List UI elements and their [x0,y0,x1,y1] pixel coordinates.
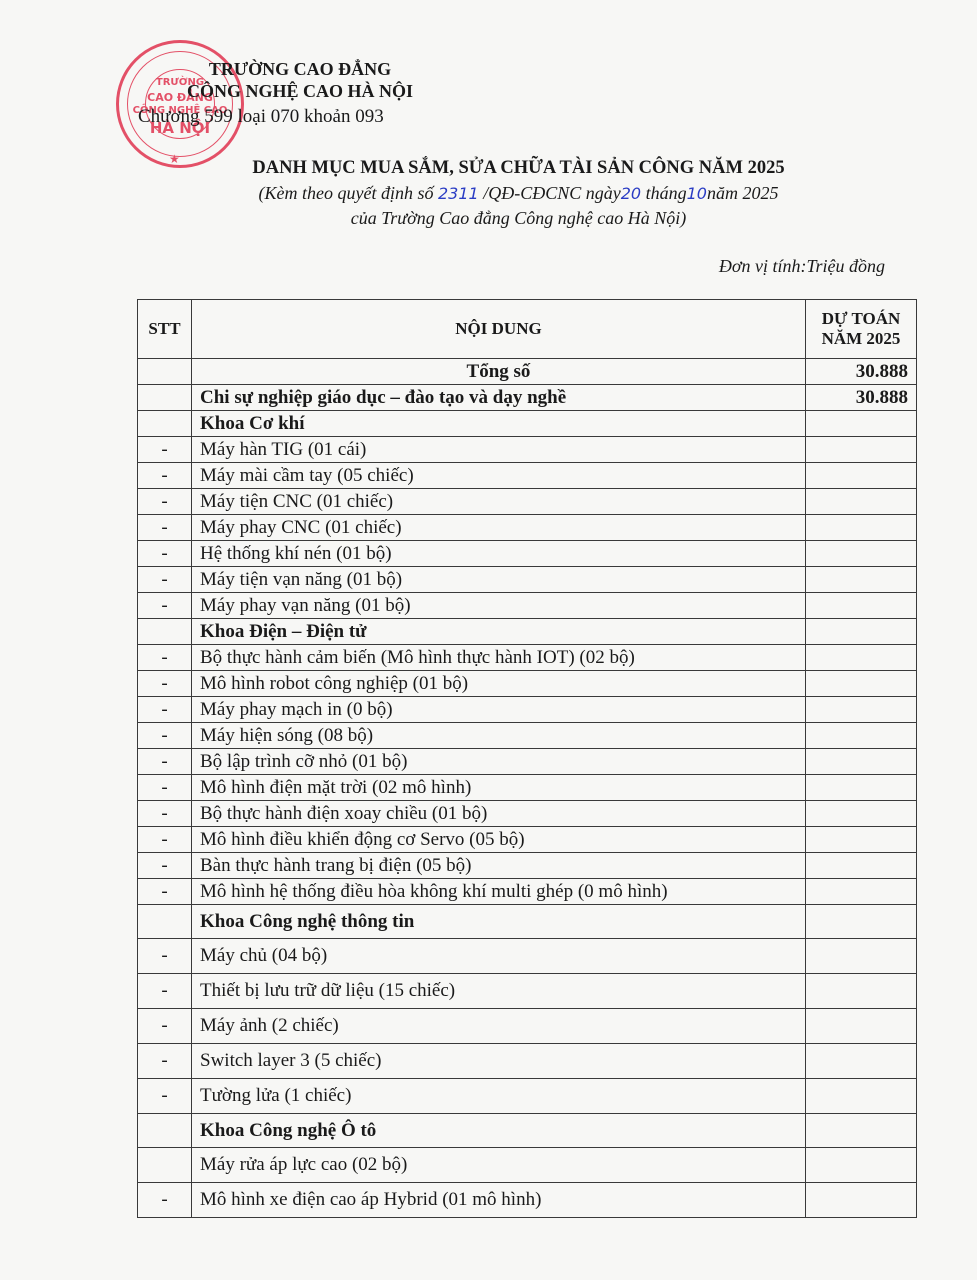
table-row: -Bàn thực hành trang bị điện (05 bộ) [138,853,917,879]
day-handwritten: 20 [621,184,641,203]
stt-cell [138,619,192,645]
section-row: Khoa Công nghệ Ô tô [138,1114,917,1148]
amount-cell [806,697,917,723]
subtitle-mid-1: /QĐ-CĐCNC ngày [479,183,621,203]
subtitle-line-2: của Trường Cao đẳng Công nghệ cao Hà Nội… [190,206,847,230]
stt-cell: - [138,645,192,671]
amount-cell [806,411,917,437]
amount-cell [806,905,917,939]
content-cell: Hệ thống khí nén (01 bộ) [192,541,806,567]
table-row: -Máy ảnh (2 chiếc) [138,1009,917,1044]
column-header-stt: STT [138,300,192,359]
table-row: -Mô hình điều khiển động cơ Servo (05 bộ… [138,827,917,853]
org-line-1: TRƯỜNG CAO ĐẲNG [160,58,440,80]
table-row: -Máy phay vạn năng (01 bộ) [138,593,917,619]
document-page: TRƯỜNG CAO ĐẲNG CÔNG NGHỆ CAO HÀ NỘI ★ T… [0,0,977,1280]
stt-cell: - [138,723,192,749]
amount-cell [806,939,917,974]
stt-cell: - [138,801,192,827]
amount-cell [806,489,917,515]
content-cell: Mô hình điện mặt trời (02 mô hình) [192,775,806,801]
content-cell: Máy tiện CNC (01 chiếc) [192,489,806,515]
subtitle-suffix: năm 2025 [707,183,779,203]
budget-code: Chương 599 loại 070 khoản 093 [138,106,384,128]
column-header-amount: DỰ TOÁN NĂM 2025 [806,300,917,359]
stt-cell: - [138,437,192,463]
amount-cell [806,619,917,645]
content-cell: Máy hiện sóng (08 bộ) [192,723,806,749]
amount-cell [806,1079,917,1114]
decision-number-handwritten: 2311 [438,184,479,203]
content-cell: Bàn thực hành trang bị điện (05 bộ) [192,853,806,879]
stt-cell [138,411,192,437]
amount-cell [806,723,917,749]
unit-label: Đơn vị tính:Triệu đồng [719,256,885,277]
content-cell: Máy rửa áp lực cao (02 bộ) [192,1148,806,1183]
stt-cell: - [138,1079,192,1114]
content-cell: Máy phay CNC (01 chiếc) [192,515,806,541]
amount-cell [806,645,917,671]
org-line-2: CÔNG NGHỆ CAO HÀ NỘI [160,80,440,102]
content-cell: Khoa Cơ khí [192,411,806,437]
amount-cell [806,671,917,697]
section-row: Khoa Cơ khí [138,411,917,437]
content-cell: Máy hàn TIG (01 cái) [192,437,806,463]
stt-cell [138,359,192,385]
total-row: Tổng số30.888 [138,359,917,385]
stt-cell: - [138,749,192,775]
amount-cell [806,1044,917,1079]
amount-cell [806,1148,917,1183]
subtitle-mid-2: tháng [641,183,687,203]
stt-cell: - [138,697,192,723]
content-cell: Máy ảnh (2 chiếc) [192,1009,806,1044]
organization-name: TRƯỜNG CAO ĐẲNG CÔNG NGHỆ CAO HÀ NỘI [160,58,440,102]
document-title: DANH MỤC MUA SẮM, SỬA CHỮA TÀI SẢN CÔNG … [0,158,977,179]
stt-cell [138,1114,192,1148]
table-row: -Mô hình robot công nghiệp (01 bộ) [138,671,917,697]
table-row: -Mô hình điện mặt trời (02 mô hình) [138,775,917,801]
content-cell: Máy phay vạn năng (01 bộ) [192,593,806,619]
table-row: -Máy tiện vạn năng (01 bộ) [138,567,917,593]
table-row: -Hệ thống khí nén (01 bộ) [138,541,917,567]
table-row: -Mô hình hệ thống điều hòa không khí mul… [138,879,917,905]
amount-cell [806,567,917,593]
amount-cell [806,853,917,879]
content-cell: Thiết bị lưu trữ dữ liệu (15 chiếc) [192,974,806,1009]
stt-cell: - [138,1009,192,1044]
stt-cell: - [138,853,192,879]
section-row: Khoa Điện – Điện tử [138,619,917,645]
stt-cell: - [138,567,192,593]
table-row: -Switch layer 3 (5 chiếc) [138,1044,917,1079]
table-row: -Máy hiện sóng (08 bộ) [138,723,917,749]
table-row: -Bộ thực hành điện xoay chiều (01 bộ) [138,801,917,827]
stt-cell: - [138,671,192,697]
content-cell: Máy mài cầm tay (05 chiếc) [192,463,806,489]
content-cell: Bộ thực hành điện xoay chiều (01 bộ) [192,801,806,827]
stt-cell: - [138,463,192,489]
budget-table: STT NỘI DUNG DỰ TOÁN NĂM 2025 Tổng số30.… [137,299,917,1218]
amount-cell: 30.888 [806,359,917,385]
content-cell: Khoa Công nghệ thông tin [192,905,806,939]
amount-cell [806,827,917,853]
table-row: Máy rửa áp lực cao (02 bộ) [138,1148,917,1183]
content-cell: Bộ lập trình cỡ nhỏ (01 bộ) [192,749,806,775]
content-cell: Tổng số [192,359,806,385]
content-cell: Mô hình xe điện cao áp Hybrid (01 mô hìn… [192,1183,806,1218]
content-cell: Mô hình robot công nghiệp (01 bộ) [192,671,806,697]
content-cell: Bộ thực hành cảm biến (Mô hình thực hành… [192,645,806,671]
stt-cell [138,1148,192,1183]
stt-cell: - [138,974,192,1009]
stt-cell: - [138,515,192,541]
stt-cell: - [138,489,192,515]
amount-cell: 30.888 [806,385,917,411]
table-body: Tổng số30.888Chi sự nghiệp giáo dục – đà… [138,359,917,1218]
group-row: Chi sự nghiệp giáo dục – đào tạo và dạy … [138,385,917,411]
table-header-row: STT NỘI DUNG DỰ TOÁN NĂM 2025 [138,300,917,359]
stt-cell: - [138,593,192,619]
table-row: -Máy tiện CNC (01 chiếc) [138,489,917,515]
column-header-content: NỘI DUNG [192,300,806,359]
table-row: -Máy mài cầm tay (05 chiếc) [138,463,917,489]
amount-cell [806,1009,917,1044]
stt-cell: - [138,1183,192,1218]
content-cell: Máy chủ (04 bộ) [192,939,806,974]
content-cell: Khoa Điện – Điện tử [192,619,806,645]
amount-cell [806,879,917,905]
stt-cell: - [138,879,192,905]
content-cell: Tường lửa (1 chiếc) [192,1079,806,1114]
table-row: -Bộ thực hành cảm biến (Mô hình thực hàn… [138,645,917,671]
content-cell: Mô hình điều khiển động cơ Servo (05 bộ) [192,827,806,853]
table-row: -Mô hình xe điện cao áp Hybrid (01 mô hì… [138,1183,917,1218]
stt-cell [138,385,192,411]
table-row: -Tường lửa (1 chiếc) [138,1079,917,1114]
content-cell: Máy tiện vạn năng (01 bộ) [192,567,806,593]
amount-cell [806,463,917,489]
section-row: Khoa Công nghệ thông tin [138,905,917,939]
amount-cell [806,749,917,775]
stt-cell [138,905,192,939]
content-cell: Máy phay mạch in (0 bộ) [192,697,806,723]
stt-cell: - [138,827,192,853]
content-cell: Khoa Công nghệ Ô tô [192,1114,806,1148]
stt-cell: - [138,939,192,974]
amount-cell [806,541,917,567]
subtitle-prefix: (Kèm theo quyết định số [259,183,438,203]
content-cell: Switch layer 3 (5 chiếc) [192,1044,806,1079]
amount-cell [806,437,917,463]
table-row: -Máy phay CNC (01 chiếc) [138,515,917,541]
content-cell: Mô hình hệ thống điều hòa không khí mult… [192,879,806,905]
amount-cell [806,1114,917,1148]
table-row: -Máy chủ (04 bộ) [138,939,917,974]
table-row: -Máy phay mạch in (0 bộ) [138,697,917,723]
amount-cell [806,515,917,541]
document-subtitle: (Kèm theo quyết định số 2311 /QĐ-CĐCNC n… [0,181,977,230]
amount-cell [806,974,917,1009]
table-row: -Máy hàn TIG (01 cái) [138,437,917,463]
amount-cell [806,593,917,619]
stt-cell: - [138,775,192,801]
table-row: -Thiết bị lưu trữ dữ liệu (15 chiếc) [138,974,917,1009]
table-row: -Bộ lập trình cỡ nhỏ (01 bộ) [138,749,917,775]
stt-cell: - [138,1044,192,1079]
amount-cell [806,801,917,827]
amount-cell [806,1183,917,1218]
amount-cell [806,775,917,801]
month-handwritten: 10 [687,184,707,203]
stt-cell: - [138,541,192,567]
content-cell: Chi sự nghiệp giáo dục – đào tạo và dạy … [192,385,806,411]
